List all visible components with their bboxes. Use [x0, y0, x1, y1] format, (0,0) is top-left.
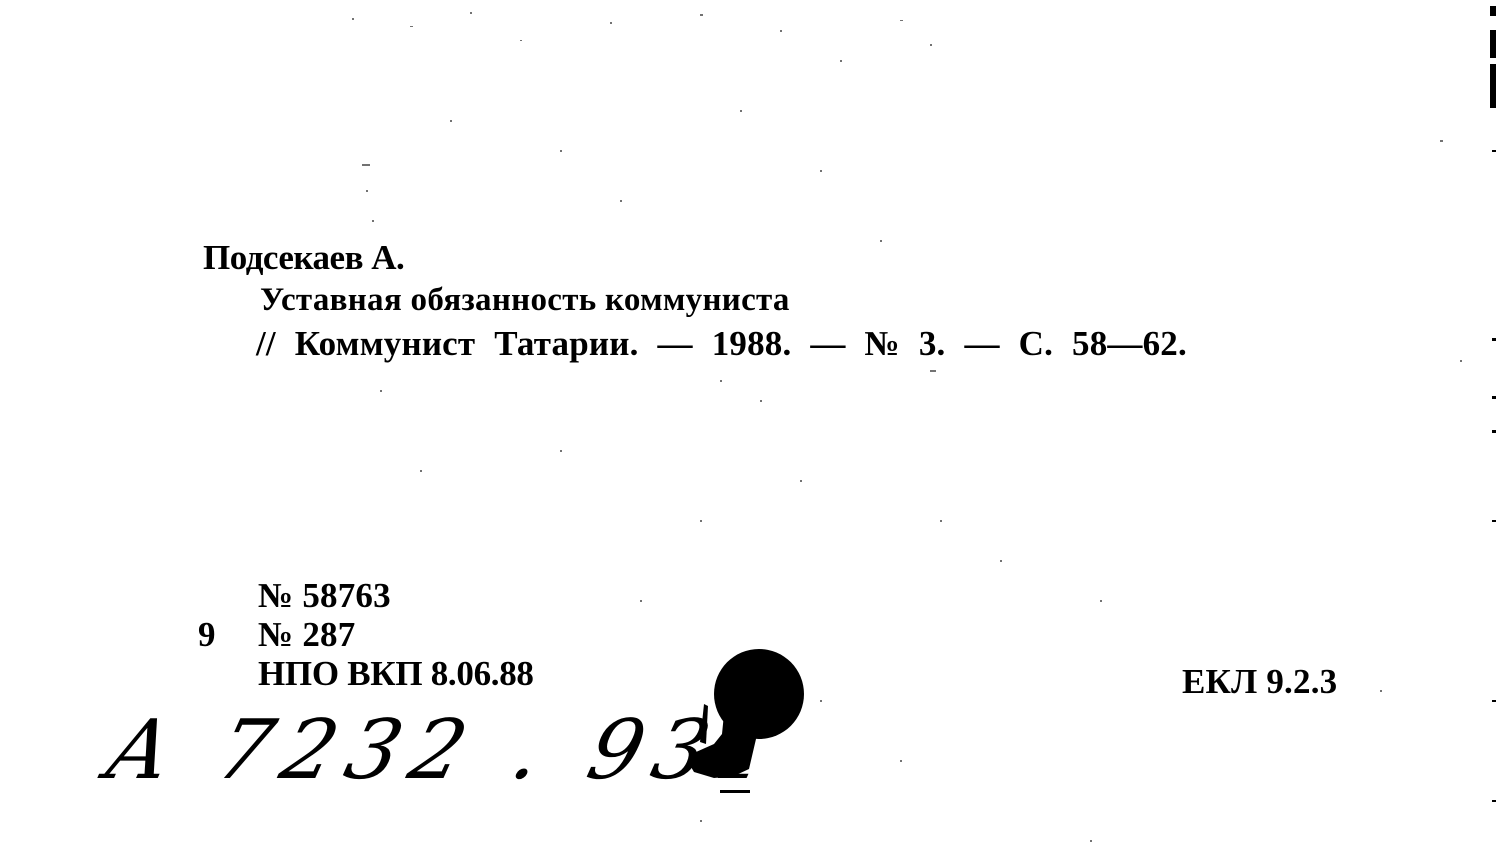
catalog-card: Подсекаев А. Уставная обязанность коммун… — [0, 0, 1496, 864]
ink-blot-icon — [684, 644, 814, 794]
entry-number: № 287 — [258, 617, 355, 652]
source-citation: // Коммунист Татарии. — 1988. — № 3. — С… — [256, 326, 1187, 361]
scanner-edge-marks-icon — [1488, 0, 1496, 864]
shelf-mark: 9 — [198, 617, 216, 652]
work-title: Уставная обязанность коммуниста — [260, 284, 790, 317]
organization-date: НПО ВКП 8.06.88 — [258, 656, 534, 691]
author-name: Подсекаев А. — [203, 240, 404, 275]
classification-code: ЕКЛ 9.2.3 — [1182, 664, 1337, 699]
record-number: № 58763 — [258, 578, 391, 613]
